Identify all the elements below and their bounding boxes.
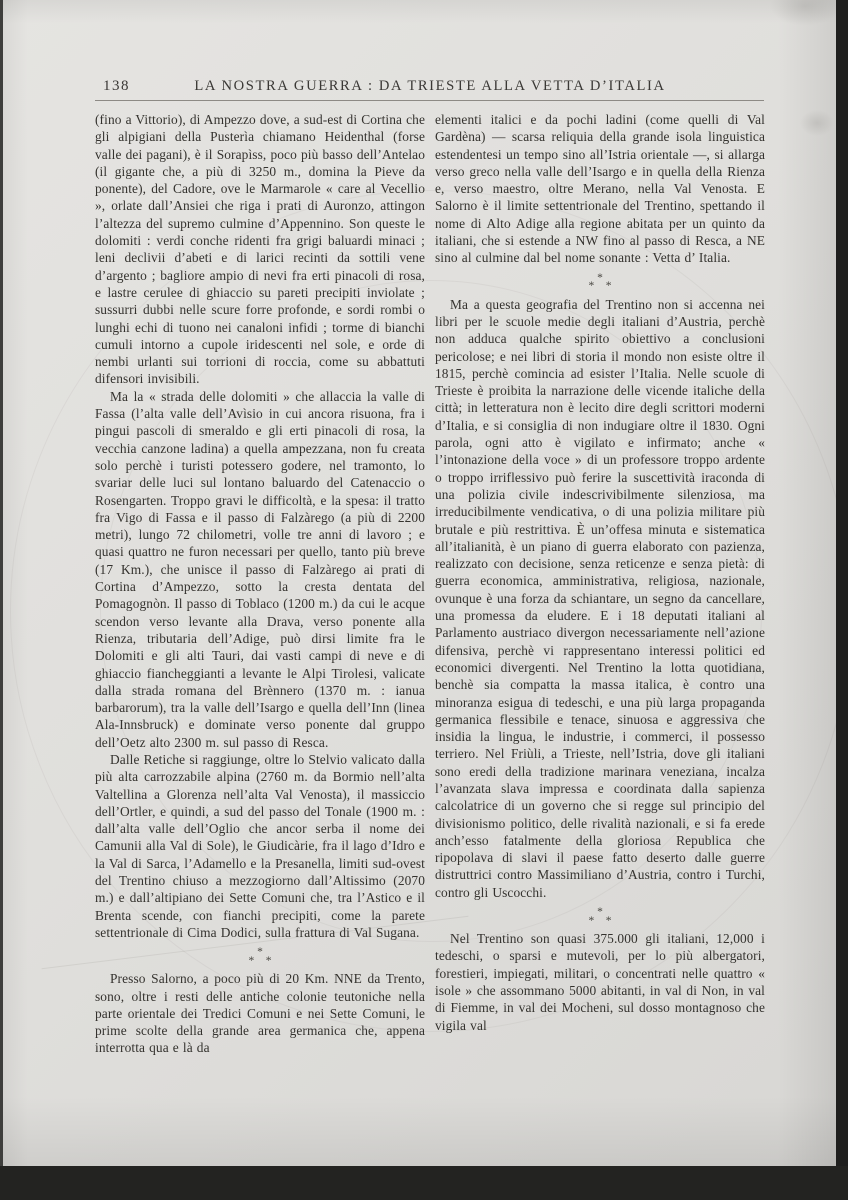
asterism-bottom: * *: [589, 282, 616, 291]
paragraph: Ma la « strada delle dolomiti » che alla…: [95, 388, 425, 751]
section-separator: * * *: [95, 948, 425, 965]
asterism-bottom: * *: [249, 957, 276, 966]
page-number: 138: [103, 78, 130, 95]
photo-edge-bottom: [0, 1166, 848, 1200]
photo-edge-right: [836, 0, 848, 1200]
section-separator: * * *: [435, 274, 765, 291]
paragraph: elementi italici e da pochi ladini (come…: [435, 111, 765, 267]
scanned-book-page: { "page": { "number": "138", "title": "L…: [0, 0, 848, 1200]
page-header: 138 LA NOSTRA GUERRA : DA TRIESTE ALLA V…: [95, 78, 765, 98]
section-separator: * * *: [435, 908, 765, 925]
photo-smudge: [800, 110, 834, 136]
photo-edge-left: [0, 0, 3, 1200]
asterism-bottom: * *: [589, 917, 616, 926]
header-rule: [95, 100, 764, 101]
paragraph: Ma a questa geografia del Trentino non s…: [435, 296, 765, 901]
paragraph: Nel Trentino son quasi 375.000 gli itali…: [435, 930, 765, 1034]
paragraph: Presso Salorno, a poco più di 20 Km. NNE…: [95, 970, 425, 1056]
running-title: LA NOSTRA GUERRA : DA TRIESTE ALLA VETTA…: [95, 78, 765, 95]
column-left: (fino a Vittorio), di Ampezzo dove, a su…: [95, 111, 425, 1057]
text-columns: (fino a Vittorio), di Ampezzo dove, a su…: [95, 111, 765, 1057]
paragraph: Dalle Retiche si raggiunge, oltre lo Ste…: [95, 751, 425, 941]
paragraph: (fino a Vittorio), di Ampezzo dove, a su…: [95, 111, 425, 388]
column-right: elementi italici e da pochi ladini (come…: [435, 111, 765, 1057]
